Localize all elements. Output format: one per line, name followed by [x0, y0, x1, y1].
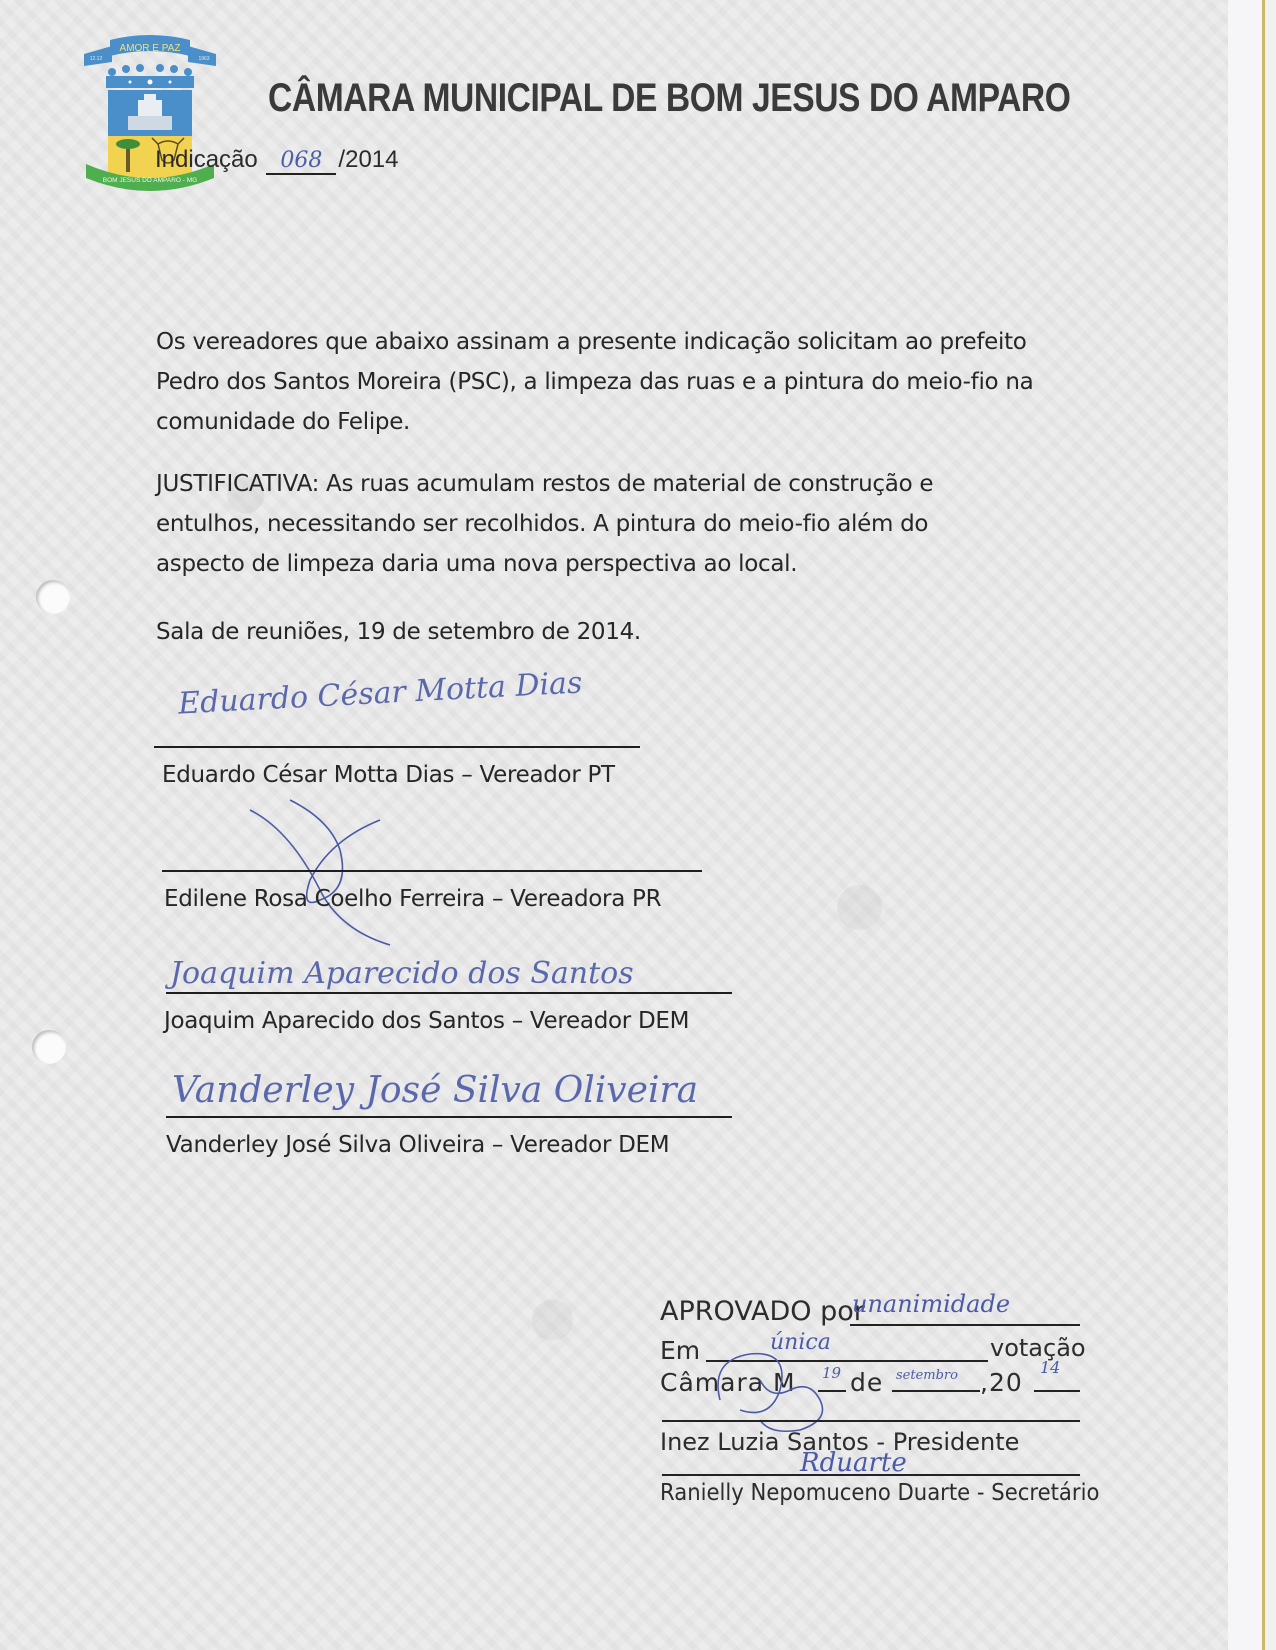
svg-text:12.12: 12.12: [90, 56, 103, 62]
svg-text:AMOR E PAZ: AMOR E PAZ: [120, 43, 181, 54]
signature-line: [154, 746, 640, 748]
request-paragraph: Os vereadores que abaixo assinam a prese…: [156, 322, 1056, 442]
punch-hole: [36, 580, 70, 614]
page-edge: [1262, 0, 1265, 1650]
page-title: CÂMARA MUNICIPAL DE BOM JESUS DO AMPARO: [268, 76, 1070, 121]
signatory-name: Vanderley José Silva Oliveira – Vereador…: [166, 1132, 669, 1158]
justification-paragraph: JUSTIFICATIVA: As ruas acumulam restos d…: [156, 464, 1016, 584]
signature-line: [662, 1420, 1080, 1422]
secretary-name: Ranielly Nepomuceno Duarte - Secretário: [660, 1480, 1099, 1506]
svg-text:1963: 1963: [198, 56, 209, 62]
punch-hole: [32, 1030, 66, 1064]
signatory-name: Joaquim Aparecido dos Santos – Vereador …: [164, 1008, 689, 1034]
indicacao-number-handwritten: 068: [266, 148, 336, 175]
signature-line: [166, 992, 732, 994]
year-prefix: ,20: [980, 1368, 1023, 1397]
aprovado-value: unanimidade: [852, 1290, 1010, 1318]
em-label: Em: [660, 1336, 700, 1365]
date-line: Sala de reuniões, 19 de setembro de 2014…: [156, 612, 641, 652]
signature-line: [162, 870, 702, 872]
votacao-label: votação: [990, 1334, 1086, 1362]
crown-icon: [106, 64, 194, 88]
signature-joaquim: Joaquim Aparecido dos Santos: [170, 956, 634, 991]
indicacao-label: Indicação: [155, 146, 258, 173]
scanner-margin: [1228, 0, 1262, 1650]
month-value: setembro: [896, 1368, 958, 1383]
svg-text:BOM JESUS DO AMPARO - MG: BOM JESUS DO AMPARO - MG: [103, 177, 198, 184]
banner-icon: AMOR E PAZ 12.12 1963: [84, 35, 216, 66]
indicacao-number: Indicação 068/2014: [155, 146, 398, 175]
underline: [1034, 1390, 1080, 1392]
year-value: 14: [1040, 1358, 1060, 1377]
signature-vanderley: Vanderley José Silva Oliveira: [172, 1070, 698, 1111]
aprovado-label: APROVADO por: [660, 1296, 865, 1327]
signatory-name: Edilene Rosa Coelho Ferreira – Vereadora…: [164, 886, 661, 912]
approval-line: APROVADO por: [660, 1296, 865, 1327]
indicacao-year: /2014: [338, 146, 398, 173]
underline: [892, 1390, 980, 1392]
signature-line: [166, 1116, 732, 1118]
underline: [850, 1324, 1080, 1326]
signature-edilene: [230, 780, 410, 950]
document-page: [0, 0, 1228, 1650]
signature-line: [662, 1474, 1080, 1476]
president-signature: [700, 1340, 880, 1440]
